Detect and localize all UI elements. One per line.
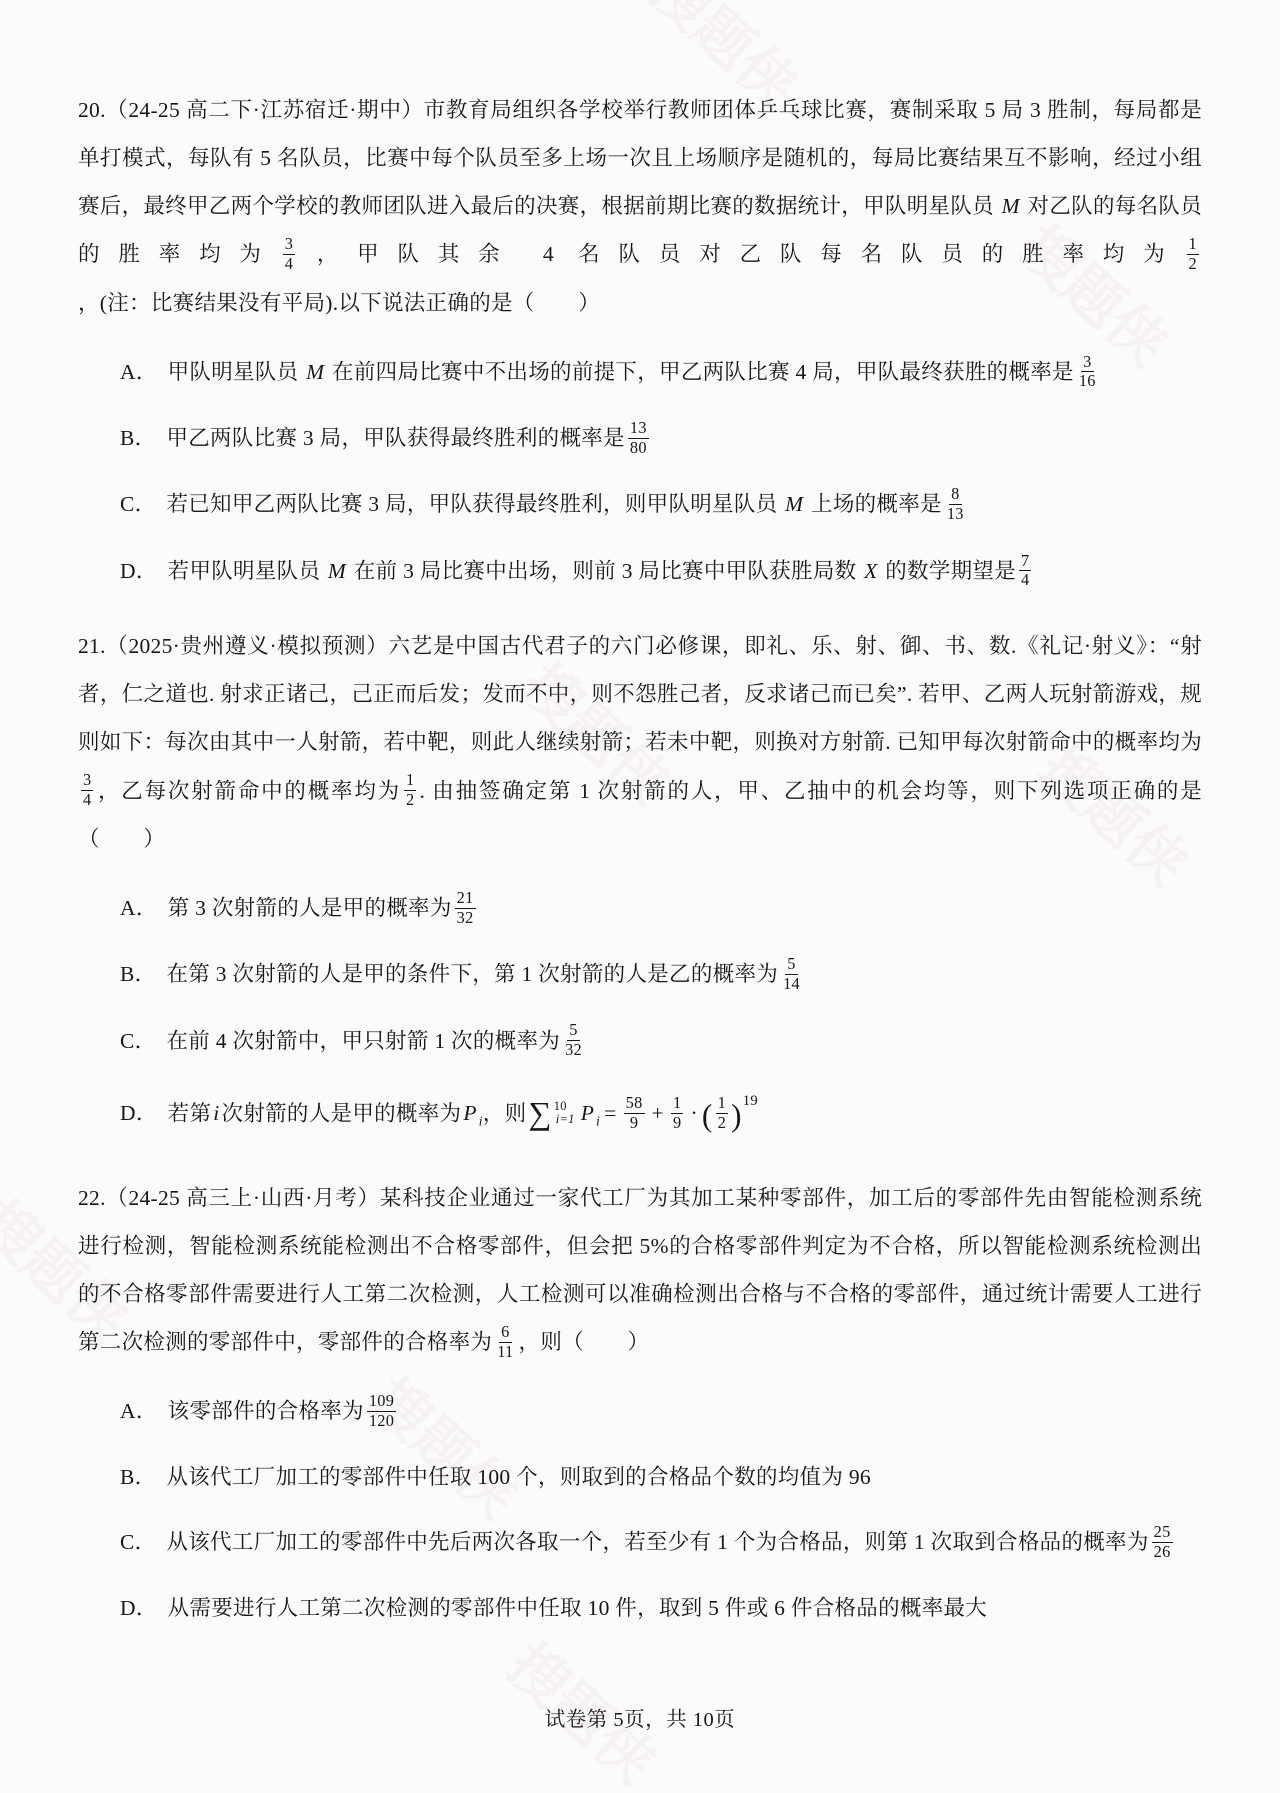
- fraction-denominator: 2: [716, 1114, 728, 1133]
- subscript-i: i: [596, 1114, 600, 1129]
- fraction: 12: [404, 771, 416, 810]
- fraction-numerator: 3: [81, 771, 93, 791]
- option-label: D．: [120, 559, 158, 583]
- option-text: ，则: [483, 1101, 527, 1125]
- fraction-denominator: 120: [367, 1412, 396, 1431]
- option-B: B．在第 3 次射箭的人是甲的条件下，第 1 次射箭的人是乙的概率为514: [120, 956, 1202, 995]
- fraction: 514: [781, 955, 802, 994]
- fraction-denominator: 80: [628, 439, 649, 458]
- fraction: 12: [1187, 235, 1199, 274]
- question-20-options: A．甲队明星队员 M 在前四局比赛中不出场的前提下，甲乙两队比赛 4 局，甲队最…: [78, 354, 1202, 592]
- fraction-numerator: 13: [628, 419, 649, 439]
- question-22-stem: 22.（24-25 高三上·山西·月考）某科技企业通过一家代工厂为其加工某种零部…: [78, 1174, 1202, 1367]
- option-text: 从该代工厂加工的零部件中先后两次各取一个，若至少有 1 个为合格品，则第 1 次…: [166, 1530, 1148, 1554]
- option-text: 甲队明星队员: [168, 360, 304, 384]
- question-number: 21.: [78, 634, 106, 658]
- fraction-numerator: 1: [1187, 235, 1199, 255]
- fraction-numerator: 1: [404, 771, 416, 791]
- fraction-denominator: 9: [671, 1114, 683, 1133]
- fraction: 532: [563, 1021, 584, 1060]
- fraction: 813: [945, 485, 966, 524]
- right-parenthesis: ): [731, 1098, 742, 1133]
- question-21: 21.（2025·贵州遵义·模拟预测）六艺是中国古代君子的六门必修课，即礼、乐、…: [78, 622, 1202, 1143]
- exponent: 19: [743, 1093, 758, 1109]
- equals-sign: =: [604, 1101, 616, 1125]
- fraction-numerator: 3: [1081, 353, 1093, 373]
- fraction: 34: [81, 771, 93, 810]
- question-21-options: A．第 3 次射箭的人是甲的概率为2132 B．在第 3 次射箭的人是甲的条件下…: [78, 890, 1202, 1144]
- option-D: D．若第i次射箭的人是甲的概率为Pi，则∑10i=1Pi=589+19·(12)…: [120, 1089, 1202, 1144]
- question-source: （24-25 高二下·江苏宿迁·期中）: [106, 98, 424, 122]
- option-label: D．: [120, 1596, 158, 1620]
- fraction-denominator: 11: [495, 1343, 515, 1362]
- fraction-denominator: 4: [81, 791, 93, 810]
- question-20: 20.（24-25 高二下·江苏宿迁·期中）市教育局组织各学校举行教师团体乒乓球…: [78, 86, 1202, 592]
- option-text: 若第: [168, 1101, 212, 1125]
- fraction-denominator: 4: [1019, 571, 1031, 590]
- option-C: C．从该代工厂加工的零部件中先后两次各取一个，若至少有 1 个为合格品，则第 1…: [120, 1524, 1202, 1563]
- option-text: 甲乙两队比赛 3 局，甲队获得最终胜利的概率是: [166, 426, 624, 450]
- option-text: 该零部件的合格率为: [168, 1399, 364, 1423]
- fraction-numerator: 8: [949, 485, 961, 505]
- option-D: D．若甲队明星队员 M 在前 3 局比赛中出场，则前 3 局比赛中甲队获胜局数 …: [120, 553, 1202, 592]
- option-text: 在前 3 局比赛中出场，则前 3 局比赛中甲队获胜局数: [348, 559, 862, 583]
- option-label: D．: [120, 1101, 158, 1125]
- fraction-numerator: 21: [455, 889, 476, 909]
- fraction-denominator: 2: [1187, 255, 1199, 274]
- option-label: B．: [120, 962, 156, 986]
- fraction-numerator: 5: [567, 1021, 579, 1041]
- option-label: A．: [120, 360, 158, 384]
- fraction: 611: [495, 1323, 515, 1362]
- plus-sign: +: [652, 1101, 664, 1125]
- option-text: 次射箭的人是甲的概率为: [222, 1101, 462, 1125]
- option-label: C．: [120, 1029, 156, 1053]
- question-20-stem: 20.（24-25 高二下·江苏宿迁·期中）市教育局组织各学校举行教师团体乒乓球…: [78, 86, 1202, 327]
- variable-M: M: [1000, 194, 1022, 218]
- fraction-numerator: 25: [1152, 1523, 1173, 1543]
- fraction: 74: [1019, 552, 1031, 591]
- fraction: 2526: [1152, 1523, 1173, 1562]
- fraction: 1380: [628, 419, 649, 458]
- question-source: （24-25 高三上·山西·月考）: [106, 1186, 380, 1210]
- option-text: 的数学期望是: [880, 559, 1016, 583]
- question-number: 22.: [78, 1186, 106, 1210]
- fraction: 2132: [455, 889, 476, 928]
- fraction-numerator: 1: [671, 1094, 683, 1114]
- fraction-denominator: 4: [283, 255, 295, 274]
- fraction-denominator: 13: [945, 505, 966, 524]
- variable-P: P: [461, 1101, 478, 1125]
- limit-upper: 10: [554, 1100, 567, 1114]
- question-22: 22.（24-25 高三上·山西·月考）某科技企业通过一家代工厂为其加工某种零部…: [78, 1174, 1202, 1629]
- option-A: A．第 3 次射箭的人是甲的概率为2132: [120, 890, 1202, 929]
- option-text: 在第 3 次射箭的人是甲的条件下，第 1 次射箭的人是乙的概率为: [166, 962, 778, 986]
- variable-i: i: [211, 1101, 221, 1125]
- stem-text: 某科技企业通过一家代工厂为其加工某种零部件，加工后的零部件先由智能检测系统进行检…: [78, 1186, 1202, 1354]
- option-text: 从需要进行人工第二次检测的零部件中任取 10 件，取到 5 件或 6 件合格品的…: [168, 1596, 987, 1620]
- left-parenthesis: (: [702, 1098, 713, 1133]
- question-number: 20.: [78, 98, 106, 122]
- question-source: （2025·贵州遵义·模拟预测）: [106, 634, 389, 658]
- fraction: 34: [283, 235, 295, 274]
- fraction-denominator: 14: [781, 975, 802, 994]
- option-label: C．: [120, 492, 156, 516]
- page-footer: 试卷第 5页，共 10页: [0, 1702, 1280, 1732]
- variable-M: M: [304, 360, 326, 384]
- fraction: 316: [1077, 353, 1098, 392]
- option-D: D．从需要进行人工第二次检测的零部件中任取 10 件，取到 5 件或 6 件合格…: [120, 1590, 1202, 1628]
- option-label: C．: [120, 1530, 156, 1554]
- fraction: 19: [671, 1094, 683, 1133]
- fraction-numerator: 58: [624, 1094, 645, 1114]
- option-C: C．在前 4 次射箭中，甲只射箭 1 次的概率为532: [120, 1023, 1202, 1062]
- option-text: 若甲队明星队员: [168, 559, 326, 583]
- sigma-symbol: ∑: [528, 1097, 551, 1129]
- option-text: 若已知甲乙两队比赛 3 局，甲队获得最终胜利，则甲队明星队员: [166, 492, 783, 516]
- summation-limits: 10i=1: [554, 1100, 577, 1127]
- question-21-stem: 21.（2025·贵州遵义·模拟预测）六艺是中国古代君子的六门必修课，即礼、乐、…: [78, 622, 1202, 863]
- option-C: C．若已知甲乙两队比赛 3 局，甲队获得最终胜利，则甲队明星队员 M 上场的概率…: [120, 486, 1202, 525]
- stem-text: ，乙每次射箭命中的概率均为: [96, 779, 401, 803]
- fraction-denominator: 32: [563, 1041, 584, 1060]
- stem-text: ，(注：比赛结果没有平局).以下说法正确的是（ ）: [78, 291, 600, 315]
- question-22-options: A．该零部件的合格率为109120 B．从该代工厂加工的零部件中任取 100 个…: [78, 1393, 1202, 1628]
- page-number-text: 试卷第 5页，共 10页: [545, 1709, 736, 1731]
- option-B: B．甲乙两队比赛 3 局，甲队获得最终胜利的概率是1380: [120, 420, 1202, 459]
- fraction-denominator: 2: [404, 791, 416, 810]
- variable-X: X: [862, 559, 879, 583]
- exam-page: 20.（24-25 高二下·江苏宿迁·期中）市教育局组织各学校举行教师团体乒乓球…: [0, 0, 1280, 1793]
- fraction-denominator: 26: [1152, 1543, 1173, 1562]
- fraction-denominator: 16: [1077, 372, 1098, 391]
- fraction-numerator: 7: [1019, 552, 1031, 572]
- fraction-numerator: 3: [283, 235, 295, 255]
- fraction: 109120: [367, 1392, 396, 1431]
- stem-text: ，则（ ）: [519, 1330, 650, 1354]
- option-label: B．: [120, 426, 156, 450]
- fraction-numerator: 5: [785, 955, 797, 975]
- option-text: 在前 4 次射箭中，甲只射箭 1 次的概率为: [166, 1029, 560, 1053]
- fraction: 12: [716, 1094, 728, 1133]
- option-B: B．从该代工厂加工的零部件中任取 100 个，则取到的合格品个数的均值为 96: [120, 1459, 1202, 1497]
- variable-M: M: [783, 492, 805, 516]
- variable-M: M: [326, 559, 348, 583]
- fraction-numerator: 6: [499, 1323, 511, 1343]
- limit-lower: i=1: [554, 1113, 577, 1127]
- variable-P: P: [579, 1101, 596, 1125]
- fraction-numerator: 109: [367, 1392, 396, 1412]
- option-label: B．: [120, 1465, 156, 1489]
- option-A: A．该零部件的合格率为109120: [120, 1393, 1202, 1432]
- option-label: A．: [120, 896, 158, 920]
- fraction: 589: [624, 1094, 645, 1133]
- option-A: A．甲队明星队员 M 在前四局比赛中不出场的前提下，甲乙两队比赛 4 局，甲队最…: [120, 354, 1202, 393]
- fraction-numerator: 1: [716, 1094, 728, 1114]
- option-text: 从该代工厂加工的零部件中任取 100 个，则取到的合格品个数的均值为 96: [166, 1465, 870, 1489]
- stem-text: ，甲队其余 4 名队员对乙队每名队员的胜率均为: [298, 242, 1183, 266]
- summation-operator: ∑10i=1: [528, 1097, 576, 1129]
- option-text: 在前四局比赛中不出场的前提下，甲乙两队比赛 4 局，甲队最终获胜的概率是: [326, 360, 1073, 384]
- option-label: A．: [120, 1399, 158, 1423]
- option-text: 第 3 次射箭的人是甲的概率为: [168, 896, 452, 920]
- fraction-denominator: 32: [455, 909, 476, 928]
- option-text: 上场的概率是: [805, 492, 941, 516]
- multiplication-dot: ·: [690, 1101, 697, 1125]
- fraction-denominator: 9: [628, 1114, 640, 1133]
